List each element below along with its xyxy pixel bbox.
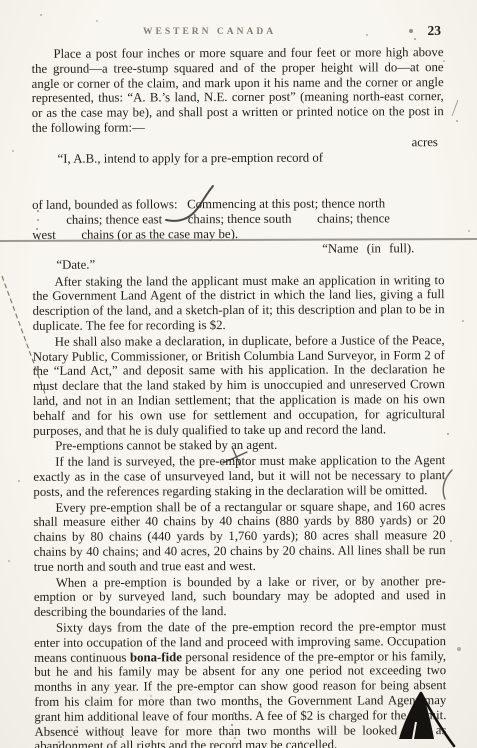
form-line-bounded: of land, bounded as follows: Commencing … (32, 196, 444, 213)
running-head-title: WESTERN CANADA (143, 27, 276, 37)
paragraph-occupation: Sixty days from the date of the pre-empt… (34, 619, 447, 748)
bona-fide-emphasis: bona-fide (130, 650, 182, 664)
paragraph-declaration: He shall also make a declaration, in dup… (33, 333, 445, 438)
form-date-line: “Date.” (32, 257, 444, 274)
paragraph-surveyed: If the land is surveyed, the pre-emptor … (33, 453, 445, 499)
paragraph-agents: Pre-emptions cannot be staked by an agen… (33, 437, 445, 454)
right-margin-slash-mark (452, 100, 458, 116)
form-acres-label: acres (390, 135, 438, 150)
paragraph-shape: Every pre-emption shall be of a rectangu… (33, 499, 445, 575)
paragraph-boundaries: When a pre-emption is bounded by a lake … (34, 574, 446, 620)
page-number: 23 (428, 23, 442, 39)
form-line-chains: chains; thence east chains; thence south… (32, 211, 444, 228)
scan-specks (0, 0, 2, 2)
form-line-record-of: “I, A.B., intend to apply for a pre-empt… (32, 135, 444, 198)
page-body: Place a post four inches or more square … (31, 45, 446, 748)
paragraph-after-staking: After staking the land the applicant mus… (32, 273, 444, 334)
preemption-notice-form: “I, A.B., intend to apply for a pre-empt… (32, 135, 445, 274)
scanned-book-page: WESTERN CANADA 23 Place a post four inch… (0, 0, 477, 748)
form-name-line: “Name (in full). (32, 241, 444, 258)
paragraph-place-post: Place a post four inches or more square … (31, 45, 443, 136)
